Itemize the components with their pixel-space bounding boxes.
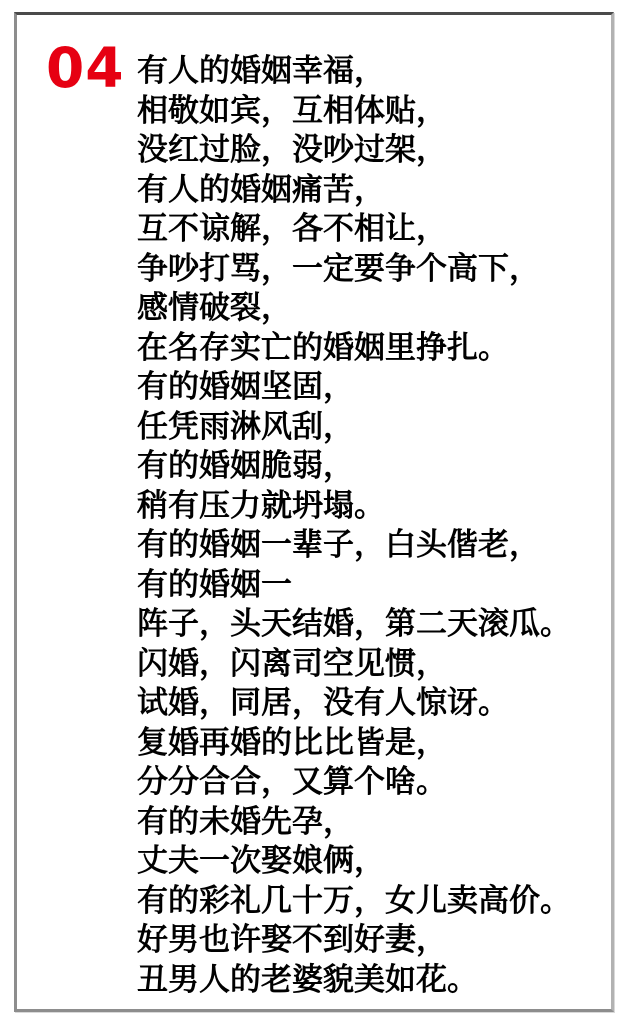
poem-line: 有的婚姻坚固， — [137, 368, 607, 408]
poem-line: 有的婚姻一 — [137, 566, 607, 606]
section-number-badge: 04 — [46, 41, 125, 96]
poem-line: 闪婚，闪离司空见惯， — [137, 645, 607, 685]
poem-line: 稍有压力就坍塌。 — [137, 487, 607, 527]
poem-line: 有人的婚姻幸福， — [137, 52, 607, 92]
poem-line: 争吵打骂，一定要争个高下， — [137, 250, 607, 290]
poem-line: 相敬如宾，互相体贴， — [137, 92, 607, 132]
poem-line: 好男也许娶不到好妻， — [137, 921, 607, 961]
poem-line: 有的婚姻脆弱， — [137, 447, 607, 487]
poster-page: 04 有人的婚姻幸福， 相敬如宾，互相体贴， 没红过脸，没吵过架， 有人的婚姻痛… — [0, 0, 627, 1026]
poem-line: 丑男人的老婆貌美如花。 — [137, 961, 607, 1001]
poem-line: 丈夫一次娶娘俩， — [137, 842, 607, 882]
poem-line: 有的未婚先孕， — [137, 803, 607, 843]
poem-line: 感情破裂， — [137, 289, 607, 329]
poem-line: 分分合合，又算个啥。 — [137, 763, 607, 803]
poem-line: 有人的婚姻痛苦， — [137, 171, 607, 211]
poem-line: 阵子，头天结婚，第二天滚瓜。 — [137, 605, 607, 645]
poem-line: 没红过脸，没吵过架， — [137, 131, 607, 171]
poem-line: 试婚，同居，没有人惊讶。 — [137, 684, 607, 724]
poem-text-column: 有人的婚姻幸福， 相敬如宾，互相体贴， 没红过脸，没吵过架， 有人的婚姻痛苦， … — [137, 52, 607, 1000]
poem-line: 复婚再婚的比比皆是， — [137, 724, 607, 764]
poem-line: 有的婚姻一辈子，白头偕老， — [137, 526, 607, 566]
poem-line: 有的彩礼几十万，女儿卖高价。 — [137, 882, 607, 922]
poem-line: 互不谅解，各不相让， — [137, 210, 607, 250]
poem-line: 任凭雨淋风刮， — [137, 408, 607, 448]
poem-line: 在名存实亡的婚姻里挣扎。 — [137, 329, 607, 369]
